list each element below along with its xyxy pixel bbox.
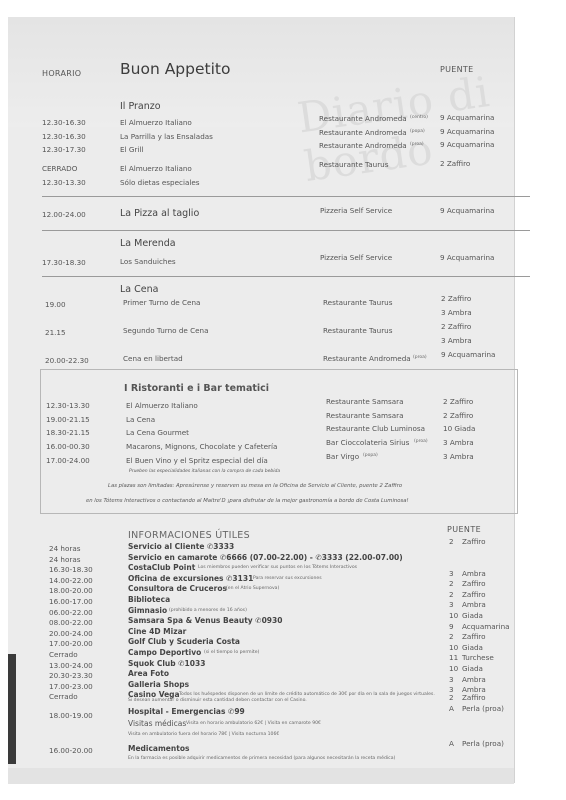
row-name: Servicio en camarote ✆6666 (07.00-22.00)… (128, 553, 403, 562)
row-name: Servicio al Cliente ✆3333 (128, 542, 234, 551)
binding-strip (8, 654, 16, 764)
pizza-title: La Pizza al taglio (120, 208, 199, 219)
row-name: Golf Club y Scuderia Costa (128, 637, 240, 646)
row-deck: Ambra (462, 675, 486, 684)
row-name: El Grill (120, 145, 143, 154)
row-time: 12.30-17.30 (42, 145, 86, 154)
row-name: Campo Deportivo (128, 648, 201, 657)
row-name: Samsara Spa & Venus Beauty ✆0930 (128, 616, 282, 625)
row-time: 19.00-21.15 (46, 415, 90, 424)
row-name: El Almuerzo Italiano (120, 164, 192, 173)
visitas-line2: Visita en ambulatorio fuera del horario … (128, 732, 279, 737)
row-time: 08.00-22.00 (49, 618, 93, 627)
row-time: 20.30-23.30 (49, 671, 93, 680)
pizza-time: 12.00-24.00 (42, 210, 86, 219)
casino-deck-no: 2 (449, 693, 454, 702)
info-puente-header: PUENTE (447, 525, 481, 534)
row-name: El Almuerzo Italiano (120, 118, 192, 127)
row-time: 16.00-17.00 (49, 597, 93, 606)
row-place-note: (proa) (414, 439, 428, 444)
row-deck-no: 3 (449, 675, 454, 684)
merenda-deck: 9 Acquamarina (440, 253, 494, 262)
row-time: 12.30-16.30 (42, 132, 86, 141)
row-deck: Zaffiro (462, 537, 485, 546)
row-deck: Zaffiro (462, 579, 485, 588)
row-place-note: (proa) (413, 355, 427, 360)
row-name: El Almuerzo Italiano (126, 401, 198, 410)
row-deck-no: 2 (449, 579, 454, 588)
hospital-deck-no: A (449, 704, 454, 713)
row-deck: Giada (462, 611, 483, 620)
section-title-cena: La Cena (120, 284, 158, 295)
row-time: 19.00 (45, 300, 66, 309)
row-place: Restaurante Andromeda (319, 128, 407, 137)
merenda-name: Los Sanduiches (120, 257, 176, 266)
row-time: 20.00-24.00 (49, 629, 93, 638)
row-name: La Cena (126, 415, 155, 424)
row-deck: Acquamarina (462, 622, 510, 631)
row-place: Restaurante Club Luminosa (326, 424, 425, 433)
divider (42, 276, 530, 277)
horario-header: HORARIO (42, 69, 81, 78)
row-deck-no: 9 (449, 622, 454, 631)
row-deck: 3 Ambra (441, 336, 472, 345)
medicamentos-name: Medicamentos (128, 744, 189, 753)
row-deck: Turchese (462, 653, 494, 662)
row-deck-no: 2 (449, 590, 454, 599)
row-deck-no: 2 (449, 632, 454, 641)
row-place: Restaurante Andromeda (323, 354, 411, 363)
row-deck: Zaffiro (462, 632, 485, 641)
row-time: 24 horas (49, 555, 81, 564)
row-place-note: (popa) (410, 129, 425, 134)
row-detail: (si el tiempo lo permite) (204, 650, 259, 655)
row-time: 24 horas (49, 544, 81, 553)
row-name: Sólo dietas especiales (120, 178, 200, 187)
row-time: 06.00-22.00 (49, 608, 93, 617)
row-place: Restaurante Taurus (319, 160, 388, 169)
row-name: Cena en libertad (123, 354, 183, 363)
row-time: 12.30-13.30 (46, 401, 90, 410)
hospital-time: 18.00-19.00 (49, 711, 93, 720)
row-detail: (en el Atrio Supernova) (226, 586, 279, 591)
section-title-pranzo: Il Pranzo (120, 101, 161, 112)
pizza-deck: 9 Acquamarina (440, 206, 494, 215)
medicamentos-deck-no: A (449, 739, 454, 748)
row-time: Cerrado (49, 692, 78, 701)
row-deck: Ambra (462, 600, 486, 609)
row-time: 16.30-18.30 (49, 565, 93, 574)
row-name: Galleria Shops (128, 680, 189, 689)
row-time: 13.00-24.00 (49, 661, 93, 670)
row-name: Oficina de excursiones ✆3131 (128, 574, 253, 583)
row-deck-no: 10 (449, 611, 458, 620)
row-deck: 2 Zaffiro (443, 397, 473, 406)
row-deck: 9 Acquamarina (440, 140, 494, 149)
merenda-place: Pizzeria Self Service (320, 253, 392, 262)
row-deck: 3 Ambra (443, 452, 474, 461)
row-detail: Los miembros pueden verificar sus puntos… (198, 565, 357, 570)
row-place: Bar Virgo (326, 452, 359, 461)
hospital-deck: Perla (proa) (462, 704, 504, 713)
section-title-merenda: La Merenda (120, 238, 176, 249)
row-name: La Parrilla y las Ensaladas (120, 132, 213, 141)
row-name: Area Foto (128, 669, 169, 678)
row-name: Segundo Turno de Cena (123, 326, 209, 335)
visitas-label: Visitas médicas (128, 719, 186, 728)
row-place: Restaurante Samsara (326, 397, 404, 406)
row-place: Restaurante Taurus (323, 298, 392, 307)
row-name: Squok Club ✆1033 (128, 659, 205, 668)
tematici-note-line1: Las plazas son limitadas: Apresúrense y … (108, 483, 402, 489)
row-deck: 2 Zaffiro (441, 322, 471, 331)
row-place-note: (proa) (410, 142, 424, 147)
row-time: 21.15 (45, 328, 66, 337)
row-place: Restaurante Taurus (323, 326, 392, 335)
row-time: 18.30-21.15 (46, 428, 90, 437)
row-place: Restaurante Samsara (326, 411, 404, 420)
page-title: Buon Appetito (120, 60, 230, 78)
visitas-detail: Visita en horario ambulatorio 62€ | Visi… (186, 721, 321, 726)
puente-header: PUENTE (440, 65, 473, 74)
section-title-tematici: I Ristoranti e i Bar tematici (124, 383, 269, 394)
row-time: 20.00-22.30 (45, 356, 89, 365)
row-name: Macarons, Mignons, Chocolate y Cafetería (126, 442, 277, 451)
tematici-note-line2: en los Tótems Interactivos o contactando… (86, 498, 409, 504)
row-deck: Ambra (462, 569, 486, 578)
row-name: Gimnasio (128, 606, 167, 615)
row-name: Biblioteca (128, 595, 170, 604)
row-deck: 3 Ambra (443, 438, 474, 447)
row-place: Restaurante Andromeda (319, 141, 407, 150)
medicamentos-deck: Perla (proa) (462, 739, 504, 748)
row-time: CERRADO (42, 164, 77, 173)
row-place: Restaurante Andromeda (319, 114, 407, 123)
tematici-note-small: Prueben las especialidades italianas con… (129, 469, 280, 474)
row-name: Primer Turno de Cena (123, 298, 200, 307)
medicamentos-detail: En la farmacia es posible adquirir medic… (128, 756, 395, 761)
row-name: Consultora de Cruceros (128, 584, 227, 593)
row-name: Cine 4D Mizar (128, 627, 186, 636)
casino-deck: Zaffiro (462, 693, 485, 702)
row-deck-no: 3 (449, 600, 454, 609)
row-time: Cerrado (49, 650, 78, 659)
pizza-place: Pizzeria Self Service (320, 206, 392, 215)
row-deck-no: 11 (449, 653, 458, 662)
section-title-info: INFORMACIONES ÚTILES (128, 530, 250, 541)
row-deck-no: 10 (449, 664, 458, 673)
row-detail: Todos los huéspedes disponen de un límit… (179, 692, 435, 697)
row-deck-no: 2 (449, 537, 454, 546)
footer-band (8, 768, 514, 784)
row-time: 17.00-23.00 (49, 682, 93, 691)
row-deck: Zaffiro (462, 590, 485, 599)
row-deck-no: 3 (449, 569, 454, 578)
row-deck: 2 Zaffiro (441, 294, 471, 303)
row-time: 17.00-24.00 (46, 456, 90, 465)
row-deck-no: 10 (449, 643, 458, 652)
row-name: CostaClub Point (128, 563, 195, 572)
row-time: 14.00-22.00 (49, 576, 93, 585)
merenda-time: 17.30-18.30 (42, 258, 86, 267)
row-detail: Para reservar sus excursiones (253, 576, 322, 581)
row-time: 18.00-20.00 (49, 586, 93, 595)
row-place-note: (centro) (410, 115, 428, 120)
row-deck: 9 Acquamarina (441, 350, 495, 359)
row-time: 12.30-13.30 (42, 178, 86, 187)
row-deck: Giada (462, 643, 483, 652)
row-time: 17.00-20.00 (49, 639, 93, 648)
row-detail: (prohibido a menores de 16 años) (169, 608, 247, 613)
casino-line2: Si desean aumentar o disminuir esta cant… (128, 698, 307, 703)
medicamentos-time: 16.00-20.00 (49, 746, 93, 755)
row-deck: 3 Ambra (441, 308, 472, 317)
row-deck: 9 Acquamarina (440, 113, 494, 122)
row-deck: Giada (462, 664, 483, 673)
divider (42, 196, 530, 197)
divider (42, 230, 530, 231)
hospital-name: Hospital - Emergencias ✆99 (128, 707, 245, 716)
row-place: Bar Cioccolateria Sirius (326, 438, 409, 447)
row-time: 16.00-00.30 (46, 442, 90, 451)
row-deck: 9 Acquamarina (440, 127, 494, 136)
row-name: El Buen Vino y el Spritz especial del dí… (126, 456, 268, 465)
row-place-note: (popa) (363, 453, 378, 458)
row-deck: 2 Zaffiro (443, 411, 473, 420)
row-time: 12.30-16.30 (42, 118, 86, 127)
row-name: La Cena Gourmet (126, 428, 189, 437)
row-deck: 2 Zaffiro (440, 159, 470, 168)
row-deck: 10 Giada (443, 424, 475, 433)
